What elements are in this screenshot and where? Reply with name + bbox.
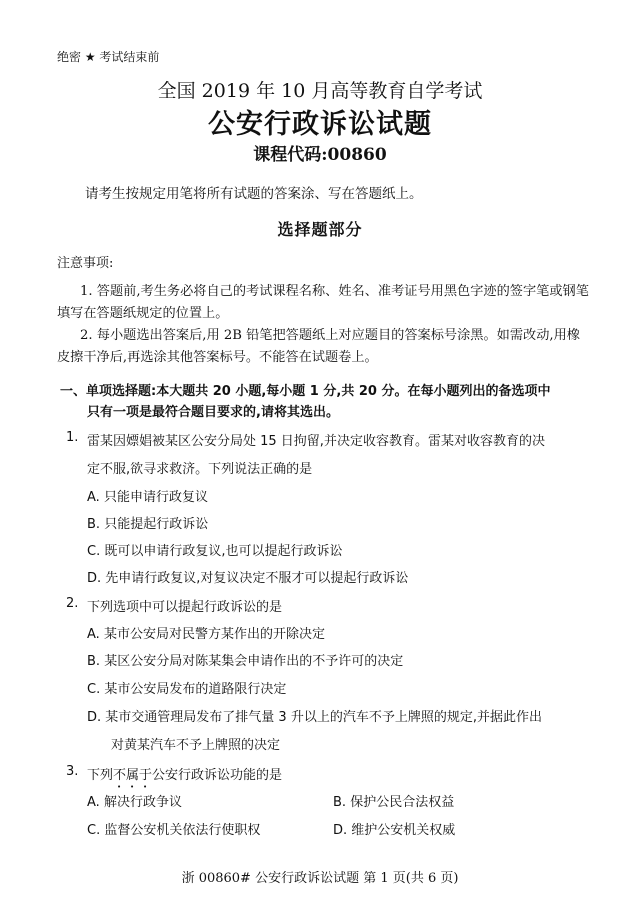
question-2-number: 2. (66, 596, 78, 611)
option-label: C. (87, 823, 100, 838)
option-label: A. (87, 490, 100, 505)
question-2-stem: 下列选项中可以提起行政诉讼的是 (87, 596, 282, 615)
option-label: A. (87, 627, 100, 642)
note-1-line-1: 1. 答题前,考生务必将自己的考试课程名称、姓名、准考证号用黑色字迹的签字笔或钢… (80, 280, 589, 299)
question-3-option-d: D. 维护公安机关权威 (333, 819, 455, 838)
page-footer: 浙 00860# 公安行政诉讼试题 第 1 页(共 6 页) (0, 867, 640, 886)
notes-label: 注意事项: (57, 252, 113, 271)
option-label: D. (333, 823, 347, 838)
stem-text: 下列 (87, 768, 113, 783)
question-1-option-b: B. 只能提起行政诉讼 (87, 513, 208, 532)
note-2-line-1: 2. 每小题选出答案后,用 2B 铅笔把答题纸上对应题目的答案标号涂黑。如需改动… (80, 324, 580, 343)
option-label: C. (87, 544, 100, 559)
note-1-line-2: 填写在答题纸规定的位置上。 (57, 302, 228, 321)
option-text: 保护公民合法权益 (350, 795, 454, 810)
option-label: A. (87, 795, 100, 810)
question-1-option-d: D. 先申请行政复议,对复议决定不服才可以提起行政诉讼 (87, 567, 408, 586)
part-one-header-line-2: 只有一项是最符合题目要求的,请将其选出。 (87, 401, 339, 420)
question-3-option-b: B. 保护公民合法权益 (333, 791, 454, 810)
stem-emphasis: 不属于 (113, 768, 152, 783)
option-text: 只能提起行政诉讼 (104, 517, 208, 532)
page-title: 公安行政诉讼试题 (0, 102, 640, 141)
stem-text: 公安行政诉讼功能的是 (152, 768, 282, 783)
course-code: 课程代码:00860 (0, 140, 640, 165)
option-text: 某市交通管理局发布了排气量 3 升以上的汽车不予上牌照的规定,并据此作出 (105, 710, 542, 725)
option-text: 既可以申请行政复议,也可以提起行政诉讼 (104, 544, 342, 559)
option-text: 某市公安局对民警方某作出的开除决定 (104, 627, 325, 642)
option-text: 某市公安局发布的道路限行决定 (104, 682, 286, 697)
question-3-option-a: A. 解决行政争议 (87, 791, 182, 810)
question-1-number: 1. (66, 430, 78, 445)
exam-session-line: 全国 2019 年 10 月高等教育自学考试 (0, 76, 640, 103)
option-label: D. (87, 710, 101, 725)
part-one-header-line-1: 一、单项选择题:本大题共 20 小题,每小题 1 分,共 20 分。在每小题列出… (60, 380, 550, 399)
question-3-number: 3. (66, 764, 78, 779)
general-instruction: 请考生按规定用笔将所有试题的答案涂、写在答题纸上。 (85, 182, 423, 202)
option-text: 只能申请行政复议 (104, 490, 208, 505)
question-1-stem-line-1: 雷某因嫖娼被某区公安分局处 15 日拘留,并决定收容教育。雷某对收容教育的决 (87, 430, 545, 449)
note-2-line-2: 皮擦干净后,再选涂其他答案标号。不能答在试题卷上。 (57, 346, 378, 365)
question-1-stem-line-2: 定不服,欲寻求救济。下列说法正确的是 (87, 458, 312, 477)
option-label: B. (333, 795, 346, 810)
option-label: D. (87, 571, 101, 586)
question-2-option-b: B. 某区公安分局对陈某集会申请作出的不予许可的决定 (87, 650, 403, 669)
question-2-option-a: A. 某市公安局对民警方某作出的开除决定 (87, 623, 325, 642)
question-3-option-c: C. 监督公安机关依法行使职权 (87, 819, 260, 838)
confidential-mark: 绝密 ★ 考试结束前 (57, 48, 159, 65)
option-label: B. (87, 654, 100, 669)
question-2-option-c: C. 某市公安局发布的道路限行决定 (87, 678, 286, 697)
option-text: 监督公安机关依法行使职权 (104, 823, 260, 838)
option-text: 维护公安机关权威 (351, 823, 455, 838)
question-3-stem: 下列不属于公安行政诉讼功能的是 (87, 764, 282, 791)
question-1-option-a: A. 只能申请行政复议 (87, 486, 208, 505)
option-text: 某区公安分局对陈某集会申请作出的不予许可的决定 (104, 654, 403, 669)
section-title: 选择题部分 (0, 217, 640, 240)
option-label: C. (87, 682, 100, 697)
option-text: 先申请行政复议,对复议决定不服才可以提起行政诉讼 (105, 571, 408, 586)
option-label: B. (87, 517, 100, 532)
question-2-option-d: D. 某市交通管理局发布了排气量 3 升以上的汽车不予上牌照的规定,并据此作出 (87, 706, 542, 725)
question-1-option-c: C. 既可以申请行政复议,也可以提起行政诉讼 (87, 540, 343, 559)
question-2-option-d-line-2: 对黄某汽车不予上牌照的决定 (111, 734, 280, 753)
option-text: 解决行政争议 (104, 795, 182, 810)
